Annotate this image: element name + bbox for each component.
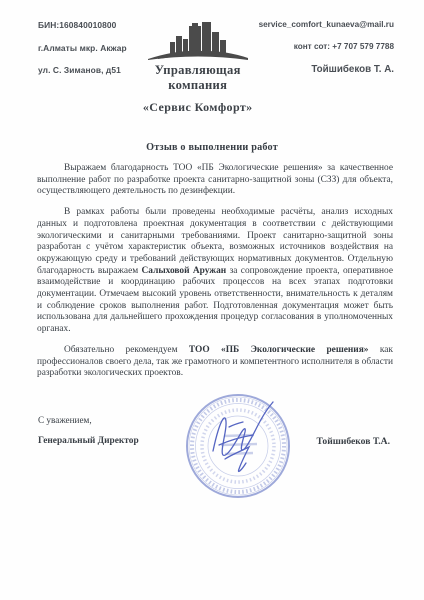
company-stamp (183, 389, 295, 501)
paragraph-1: Выражаем благодарность ТОО «ПБ Экологиче… (37, 163, 393, 198)
company-street: ул. С. Зиманов, д51 (38, 65, 137, 75)
contact-info: service_comfort_kunaeva@mail.ru конт сот… (259, 20, 394, 115)
contact-person: Тойшибеков Т. А. (259, 64, 394, 75)
company-identity: Управляющая компания «Сервис Комфорт» (137, 20, 259, 115)
paragraph-3: Обязательно рекомендуем ТОО «ПБ Экологич… (37, 345, 393, 380)
signer-name: Тойшибеков Т.А. (316, 436, 390, 447)
company-requisites: БИН:160840010800 г.Алматы мкр. Акжар ул.… (38, 20, 137, 115)
paragraph-1-text: Выражаем благодарность ТОО «ПБ Экологиче… (37, 163, 393, 196)
paragraph-3-text-pre: Обязательно рекомендуем (64, 345, 189, 355)
org-type: Управляющая компания (137, 63, 259, 93)
paragraph-2: В рамках работы были проведены необходим… (37, 207, 393, 336)
company-email: service_comfort_kunaeva@mail.ru (259, 20, 394, 29)
letter-body: Выражаем благодарность ТОО «ПБ Экологиче… (0, 163, 424, 380)
company-logo (137, 20, 259, 60)
company-bin: БИН:160840010800 (38, 20, 137, 30)
company-city: г.Алматы мкр. Акжар (38, 43, 137, 53)
paragraph-3-bold-company: ТОО «ПБ Экологические решения» (189, 345, 369, 355)
org-name: «Сервис Комфорт» (137, 100, 259, 115)
paragraph-2-bold-name: Салыховой Аружан (142, 266, 227, 276)
letter-page: БИН:160840010800 г.Алматы мкр. Акжар ул.… (0, 0, 424, 600)
salutation: С уважением, (38, 415, 92, 425)
signature-block: С уважением, Генеральный Директор Тойшиб… (0, 389, 424, 539)
buildings-skyline-icon (148, 20, 248, 60)
signer-position: Генеральный Директор (38, 436, 139, 446)
company-phone: конт сот: +7 707 579 7788 (259, 42, 394, 51)
document-title: Отзыв о выполнении работ (0, 142, 424, 153)
letterhead: БИН:160840010800 г.Алматы мкр. Акжар ул.… (0, 0, 424, 115)
